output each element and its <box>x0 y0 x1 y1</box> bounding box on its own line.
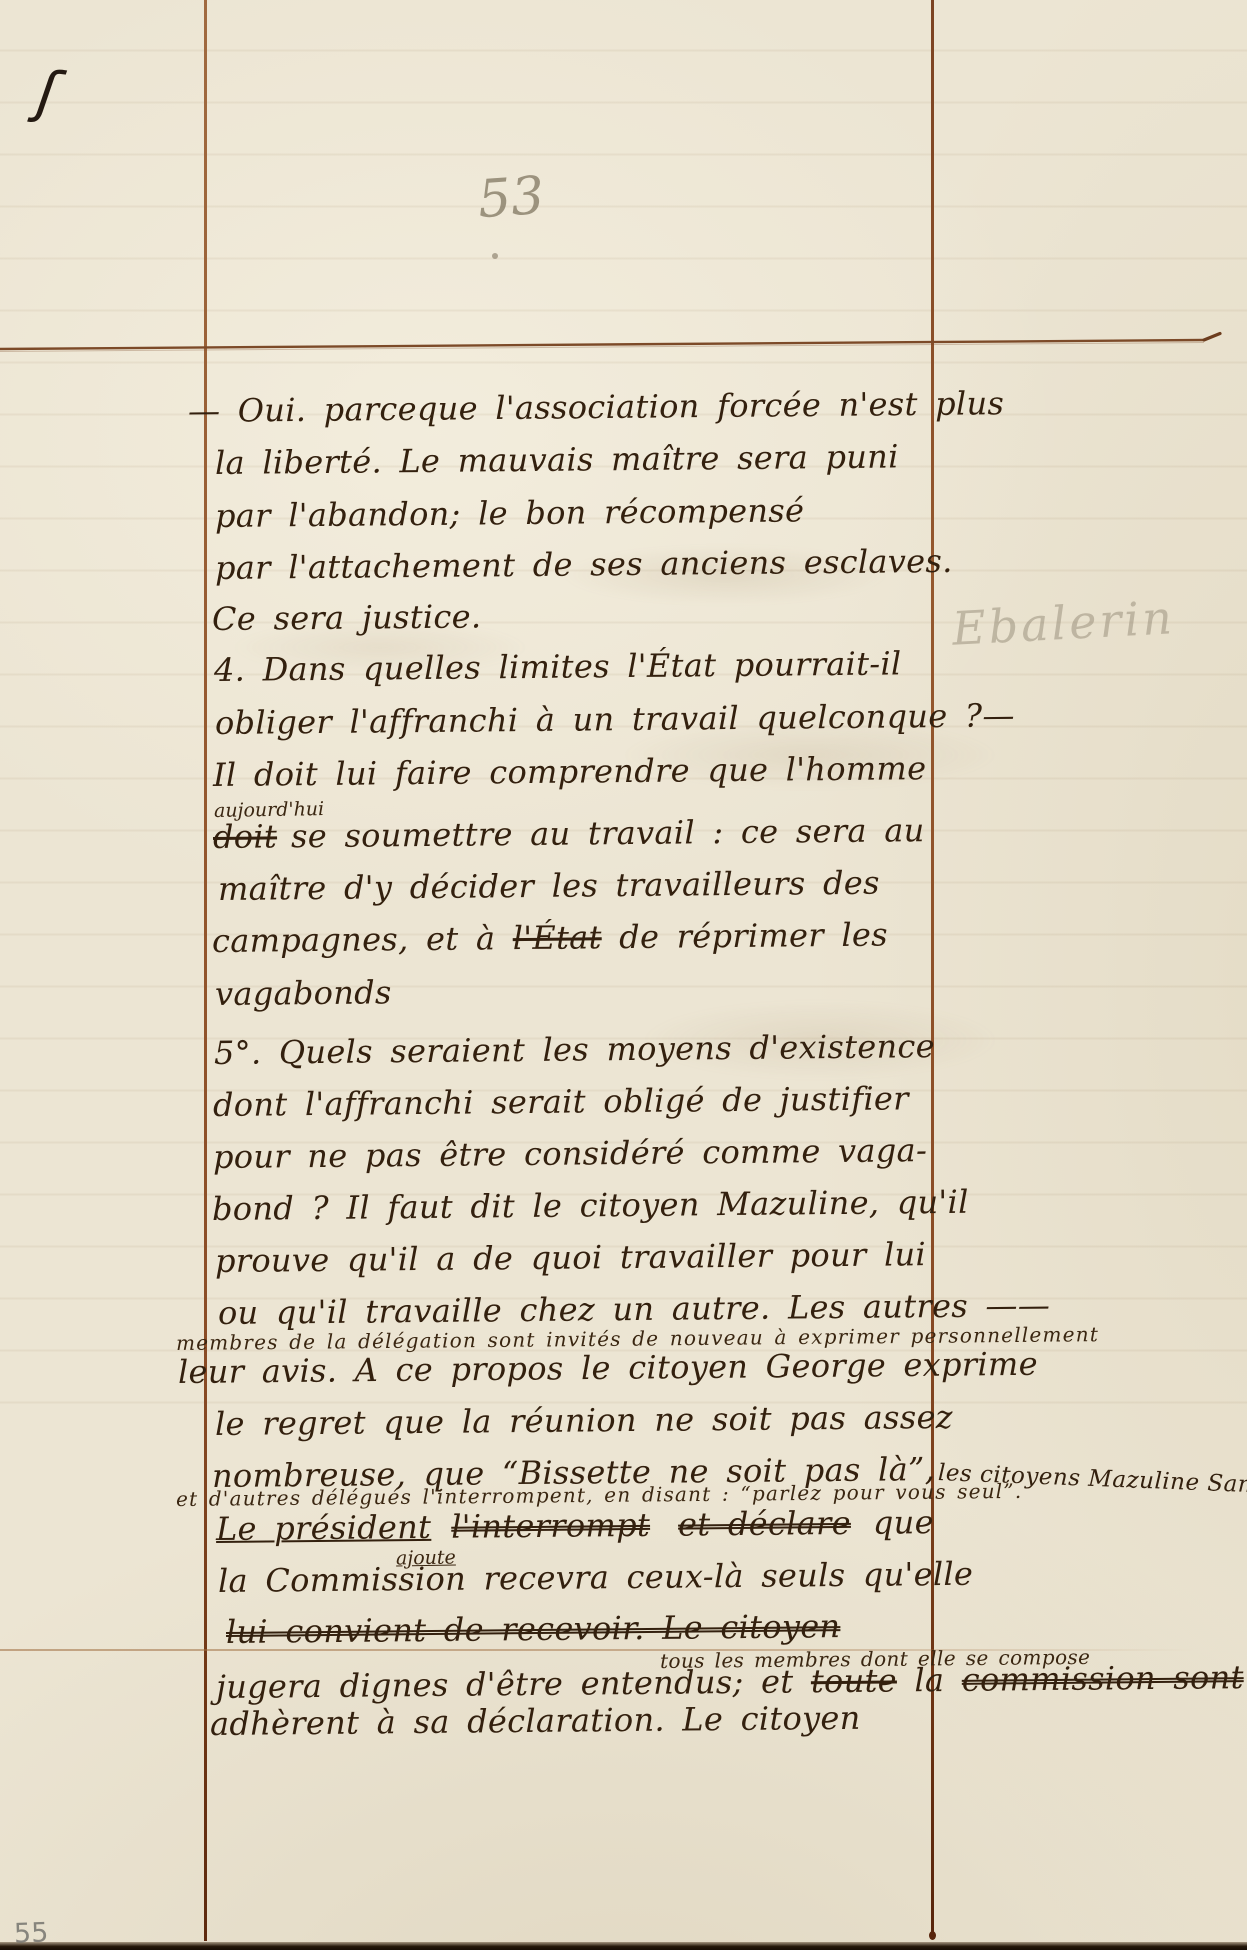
manuscript-line-09: doitse soumettre au travail : ce sera au <box>213 811 925 856</box>
manuscript-line-17: prouve qu'il a de quoi travailler pour l… <box>215 1235 926 1280</box>
struck-phrase: lui convient de recevoir. Le citoyen <box>226 1607 841 1651</box>
manuscript-line-13: 5°. Quels seraient les moyens d'existenc… <box>214 1027 935 1072</box>
bottom-edge-shadow <box>0 1942 1247 1950</box>
manuscript-line-27: jugera dignes d'être entendus; et toute … <box>216 1658 1244 1706</box>
struck-word: commission sont <box>962 1658 1244 1699</box>
manuscript-line-28: adhèrent à sa déclaration. Le citoyen <box>210 1699 861 1743</box>
manuscript-line-16: bond ? Il faut dit le citoyen Mazuline, … <box>212 1183 969 1228</box>
header-rule-line <box>0 330 1247 360</box>
manuscript-line-25: la Commission recevra ceux-là seuls qu'e… <box>218 1555 974 1600</box>
manuscript-line-04: par l'attachement de ses anciens esclave… <box>215 542 953 587</box>
pencil-page-number: 53 <box>476 166 546 230</box>
pencil-dot <box>492 253 498 259</box>
manuscript-line-12: vagabonds <box>215 973 392 1013</box>
line-24-que: que <box>873 1503 934 1542</box>
manuscript-line-26: lui convient de recevoir. Le citoyen <box>226 1607 841 1651</box>
manuscript-line-08: Il doit lui faire comprendre que l'homme <box>213 749 927 794</box>
manuscript-line-05: Ce sera justice. <box>212 597 482 638</box>
line-09-rest: se soumettre au travail : ce sera au <box>291 811 925 855</box>
manuscript-line-03: par l'abandon; le bon récompensé <box>215 491 805 535</box>
manuscript-line-14: dont l'affranchi serait obligé de justif… <box>213 1079 909 1124</box>
manuscript-line-06: 4. Dans quelles limites l'État pourrait-… <box>214 644 902 689</box>
manuscript-line-11: campagnes, et à l'État de réprimer les <box>212 916 888 960</box>
line-11-b: de réprimer les <box>602 916 889 957</box>
manuscript-line-02: la liberté. Le mauvais maître sera puni <box>215 437 899 482</box>
manuscript-line-10: maître d'y décider les travailleurs des <box>218 864 880 908</box>
struck-word: toute <box>811 1661 897 1700</box>
struck-word: l'interrompt <box>451 1506 650 1546</box>
manuscript-line-21: le regret que la réunion ne soit pas ass… <box>215 1398 953 1443</box>
struck-word: doit <box>213 817 277 856</box>
struck-word: et déclare <box>678 1504 851 1544</box>
manuscript-line-07: obliger l'affranchi à un travail quelcon… <box>215 696 1015 742</box>
pencil-sheet-number: 55 <box>13 1917 48 1949</box>
struck-word: l'État <box>513 918 602 957</box>
manuscript-line-15: pour ne pas être considéré comme vaga- <box>213 1131 927 1176</box>
manuscript-line-01: — Oui. parceque l'association forcée n'e… <box>188 384 1004 430</box>
line-11-a: campagnes, et à <box>212 919 513 960</box>
manuscript-line-24: Le présidentl'interromptet déclareque <box>216 1503 934 1548</box>
line-24-president: Le président <box>216 1508 432 1548</box>
line-27-b: la <box>897 1661 962 1700</box>
manuscript-page: ʃ 53 Ebalerin 55 — Oui. parceque l'assoc… <box>0 0 1247 1950</box>
